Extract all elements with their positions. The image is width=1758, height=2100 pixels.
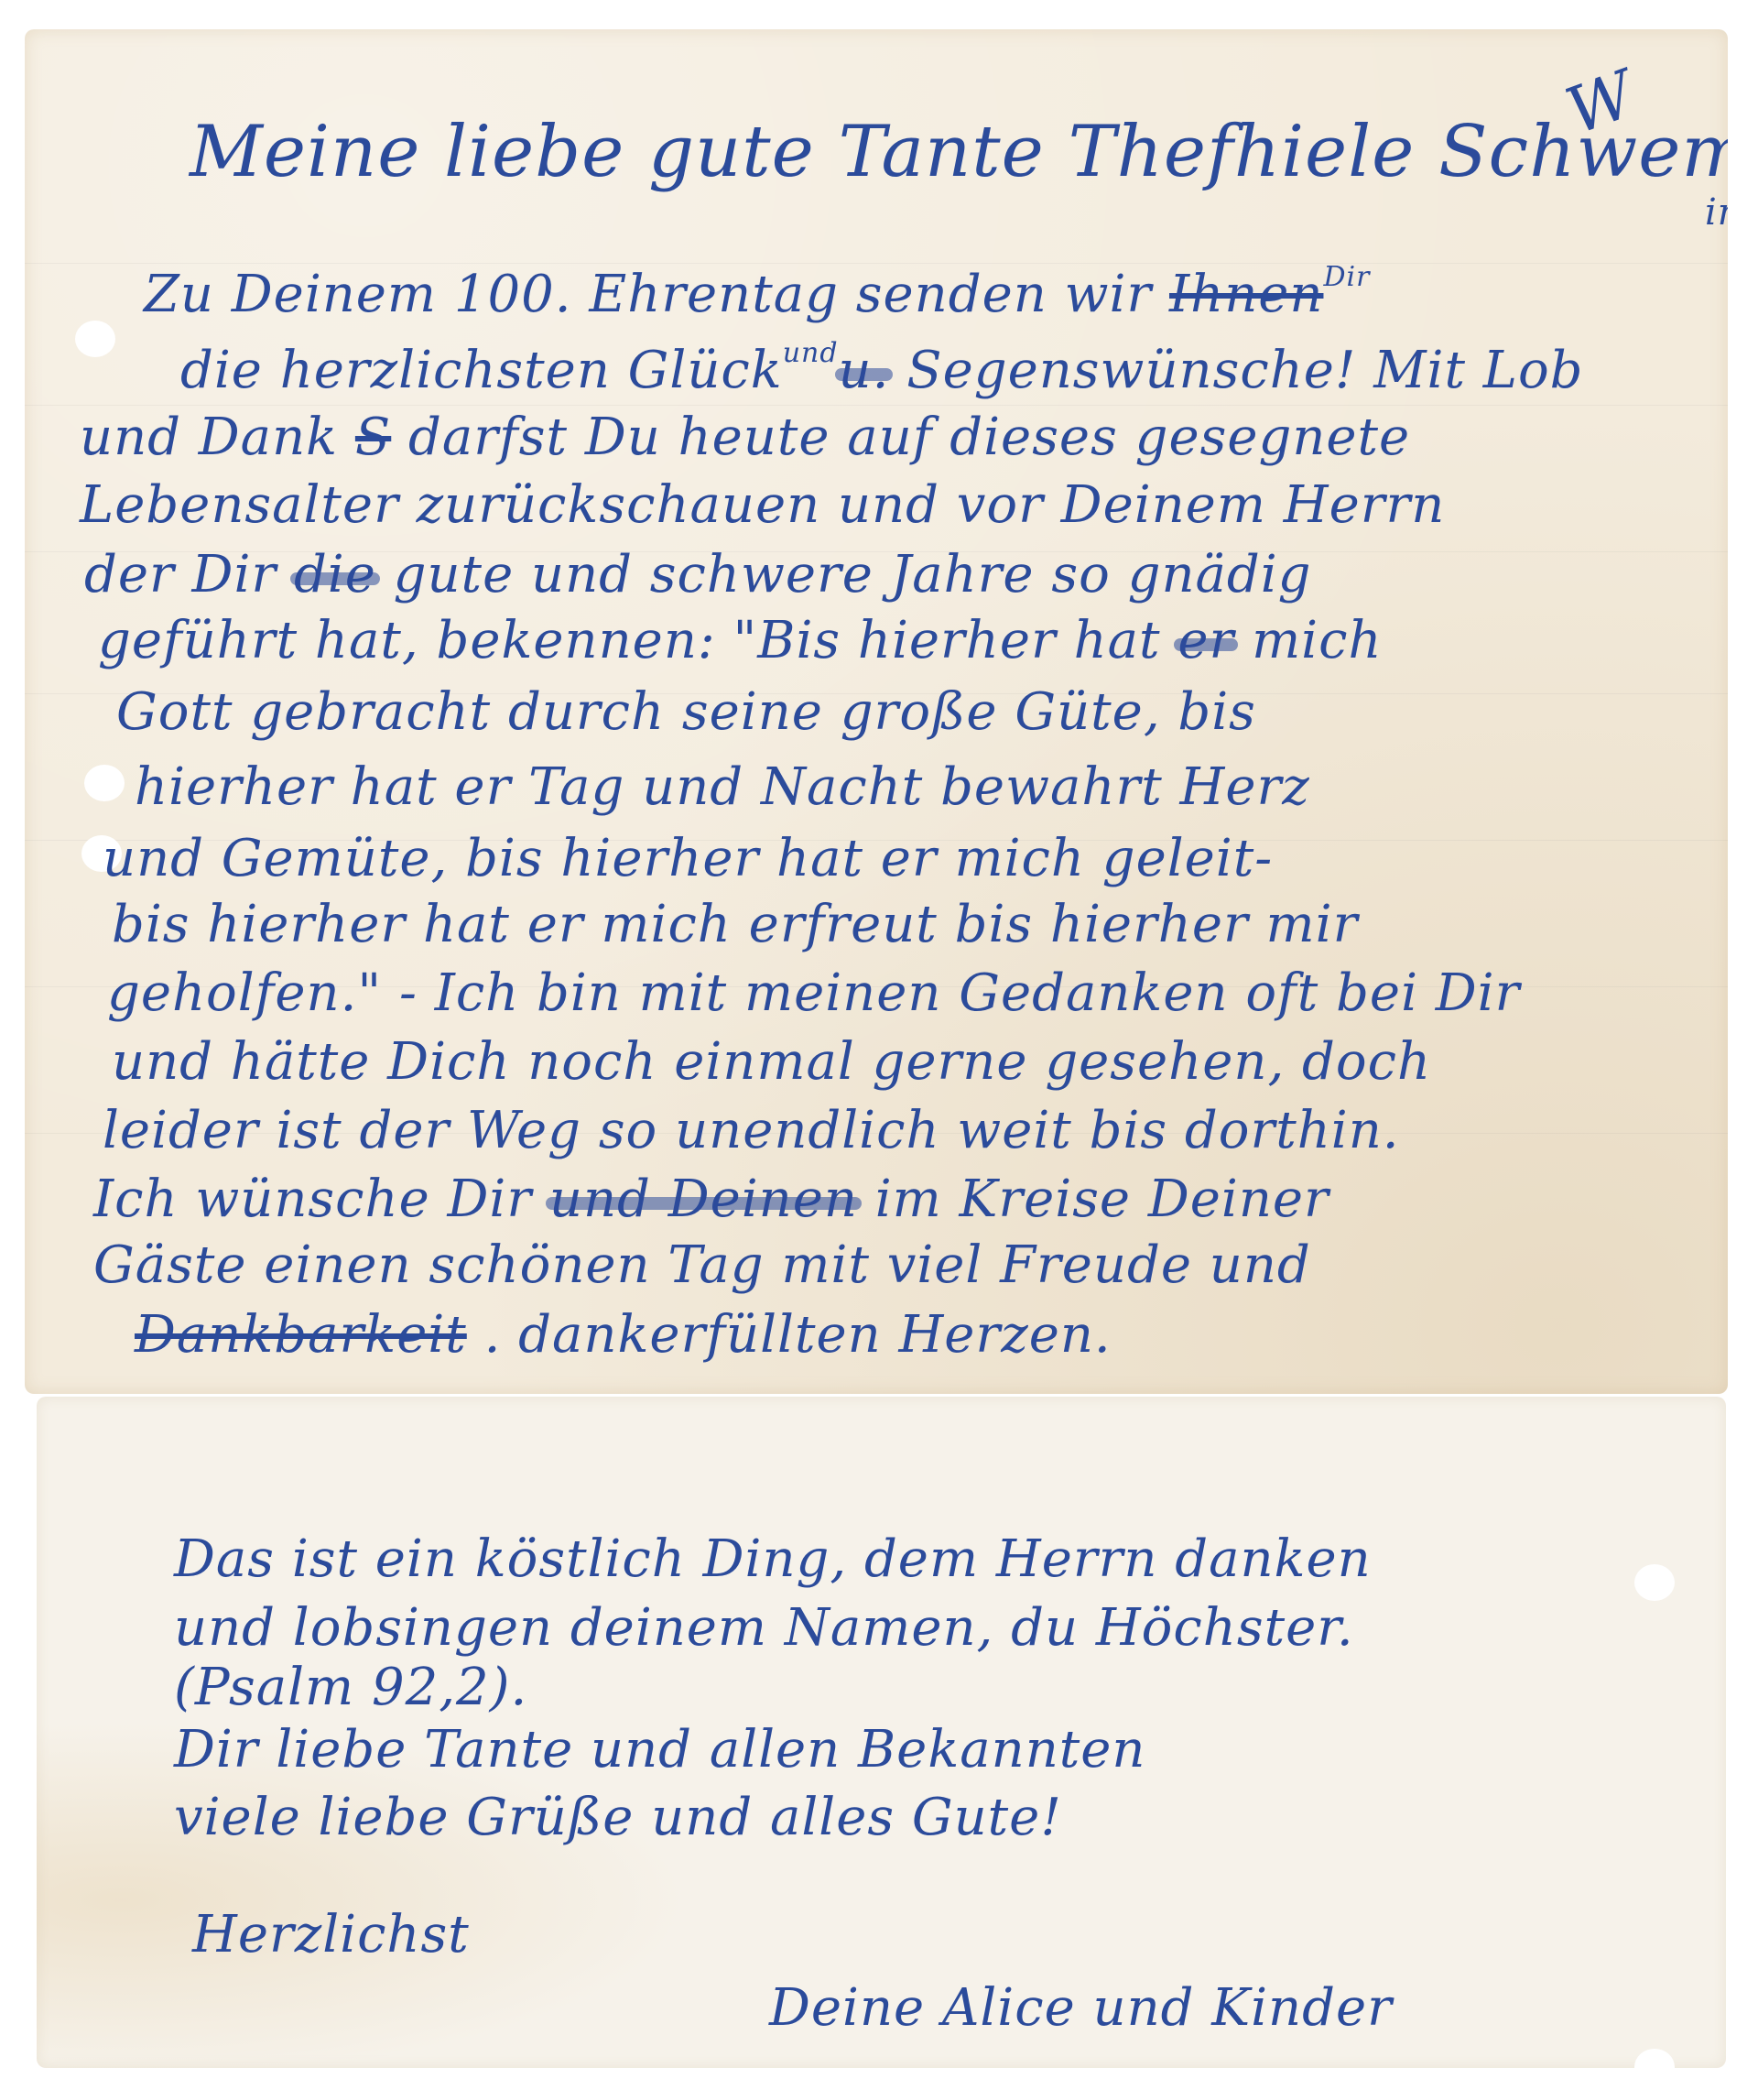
letter-line-7: Gott gebracht durch seine große Güte, bi… — [116, 687, 1256, 738]
psalm-reference: (Psalm 92,2). — [174, 1662, 527, 1714]
inserted-word: und — [783, 337, 839, 369]
line-text: darfst Du heute auf dieses gesegnete — [391, 408, 1410, 467]
punch-hole — [1634, 1564, 1675, 1601]
signature: Deine Alice und Kinder — [769, 1983, 1393, 2034]
letter-line-2: die herzlichsten Glückundu. Segenswünsch… — [180, 345, 1584, 397]
line-text: Ich wünsche Dir — [93, 1170, 549, 1229]
struck-word: Dankbarkeit — [135, 1305, 467, 1365]
letter-line-13: leider ist der Weg so unendlich weit bis… — [103, 1105, 1400, 1157]
struck-word: er — [1177, 615, 1234, 667]
line-text: Segenswünsche! Mit Lob — [889, 341, 1583, 400]
line-text: geführt hat, bekennen: "Bis hierher hat — [98, 611, 1177, 670]
letter-line-8: hierher hat er Tag und Nacht bewahrt Her… — [135, 762, 1310, 813]
salutation-insert: ing — [1705, 194, 1728, 231]
salutation: Meine liebe gute Tante Thefhiele Schwemm — [190, 116, 1728, 188]
psalm-line-2: und lobsingen deinem Namen, du Höchster. — [174, 1603, 1354, 1654]
psalm-line-1: Das ist ein köstlich Ding, dem Herrn dan… — [174, 1534, 1372, 1585]
struck-word: S — [355, 408, 391, 467]
struck-word: u. — [839, 345, 890, 397]
letter-line-9: und Gemüte, bis hierher hat er mich gele… — [103, 833, 1273, 885]
letter-page-2: Das ist ein köstlich Ding, dem Herrn dan… — [37, 1397, 1726, 2068]
letter-line-10: bis hierher hat er mich erfreut bis hier… — [112, 899, 1358, 951]
salutation-text: Meine liebe gute Tante Thefhiele Schwemm — [190, 111, 1728, 193]
letter-line-11: geholfen." - Ich bin mit meinen Gedanken… — [107, 968, 1520, 1019]
line-text: Zu Deinem 100. Ehrentag senden wir — [144, 265, 1169, 324]
struck-word: und Deinen — [549, 1174, 858, 1225]
struck-word: Ihnen — [1169, 265, 1323, 324]
greeting-line-2: viele liebe Grüße und alles Gute! — [174, 1792, 1062, 1844]
letter-line-14: Ich wünsche Dir und Deinen im Kreise Dei… — [93, 1174, 1329, 1225]
ruling-line — [25, 263, 1728, 264]
line-text: die herzlichsten Glück — [180, 341, 783, 400]
ruling-line — [25, 405, 1728, 406]
letter-line-12: und hätte Dich noch einmal gerne gesehen… — [112, 1037, 1431, 1088]
line-text: im Kreise Deiner — [858, 1170, 1329, 1229]
inserted-word: Dir — [1323, 261, 1370, 293]
punch-hole — [84, 765, 125, 801]
closing: Herzlichst — [192, 1910, 470, 1961]
letter-line-4: Lebensalter zurückschauen und vor Deinem… — [80, 480, 1445, 531]
line-text: der Dir — [84, 545, 294, 604]
greeting-line-1: Dir liebe Tante und allen Bekannten — [174, 1725, 1145, 1776]
line-text: . dankerfüllten Herzen. — [467, 1305, 1112, 1365]
letter-line-3: und Dank S darfst Du heute auf dieses ge… — [80, 412, 1410, 463]
punch-hole — [1634, 2049, 1675, 2068]
line-text: gute und schwere Jahre so gnädig — [376, 545, 1312, 604]
letter-line-1: Zu Deinem 100. Ehrentag senden wir Ihnen… — [144, 269, 1370, 321]
letter-line-6: geführt hat, bekennen: "Bis hierher hat … — [98, 615, 1383, 667]
letter-line-5: der Dir die gute und schwere Jahre so gn… — [84, 549, 1312, 601]
struck-word: die — [294, 549, 376, 601]
punch-hole — [75, 321, 115, 357]
letter-line-16: Dankbarkeit . dankerfüllten Herzen. — [135, 1310, 1112, 1361]
letter-line-15: Gäste einen schönen Tag mit viel Freude … — [93, 1240, 1311, 1291]
line-text: und Dank — [80, 408, 355, 467]
line-text: mich — [1234, 611, 1382, 670]
letter-page-1: W Meine liebe gute Tante Thefhiele Schwe… — [25, 29, 1728, 1394]
